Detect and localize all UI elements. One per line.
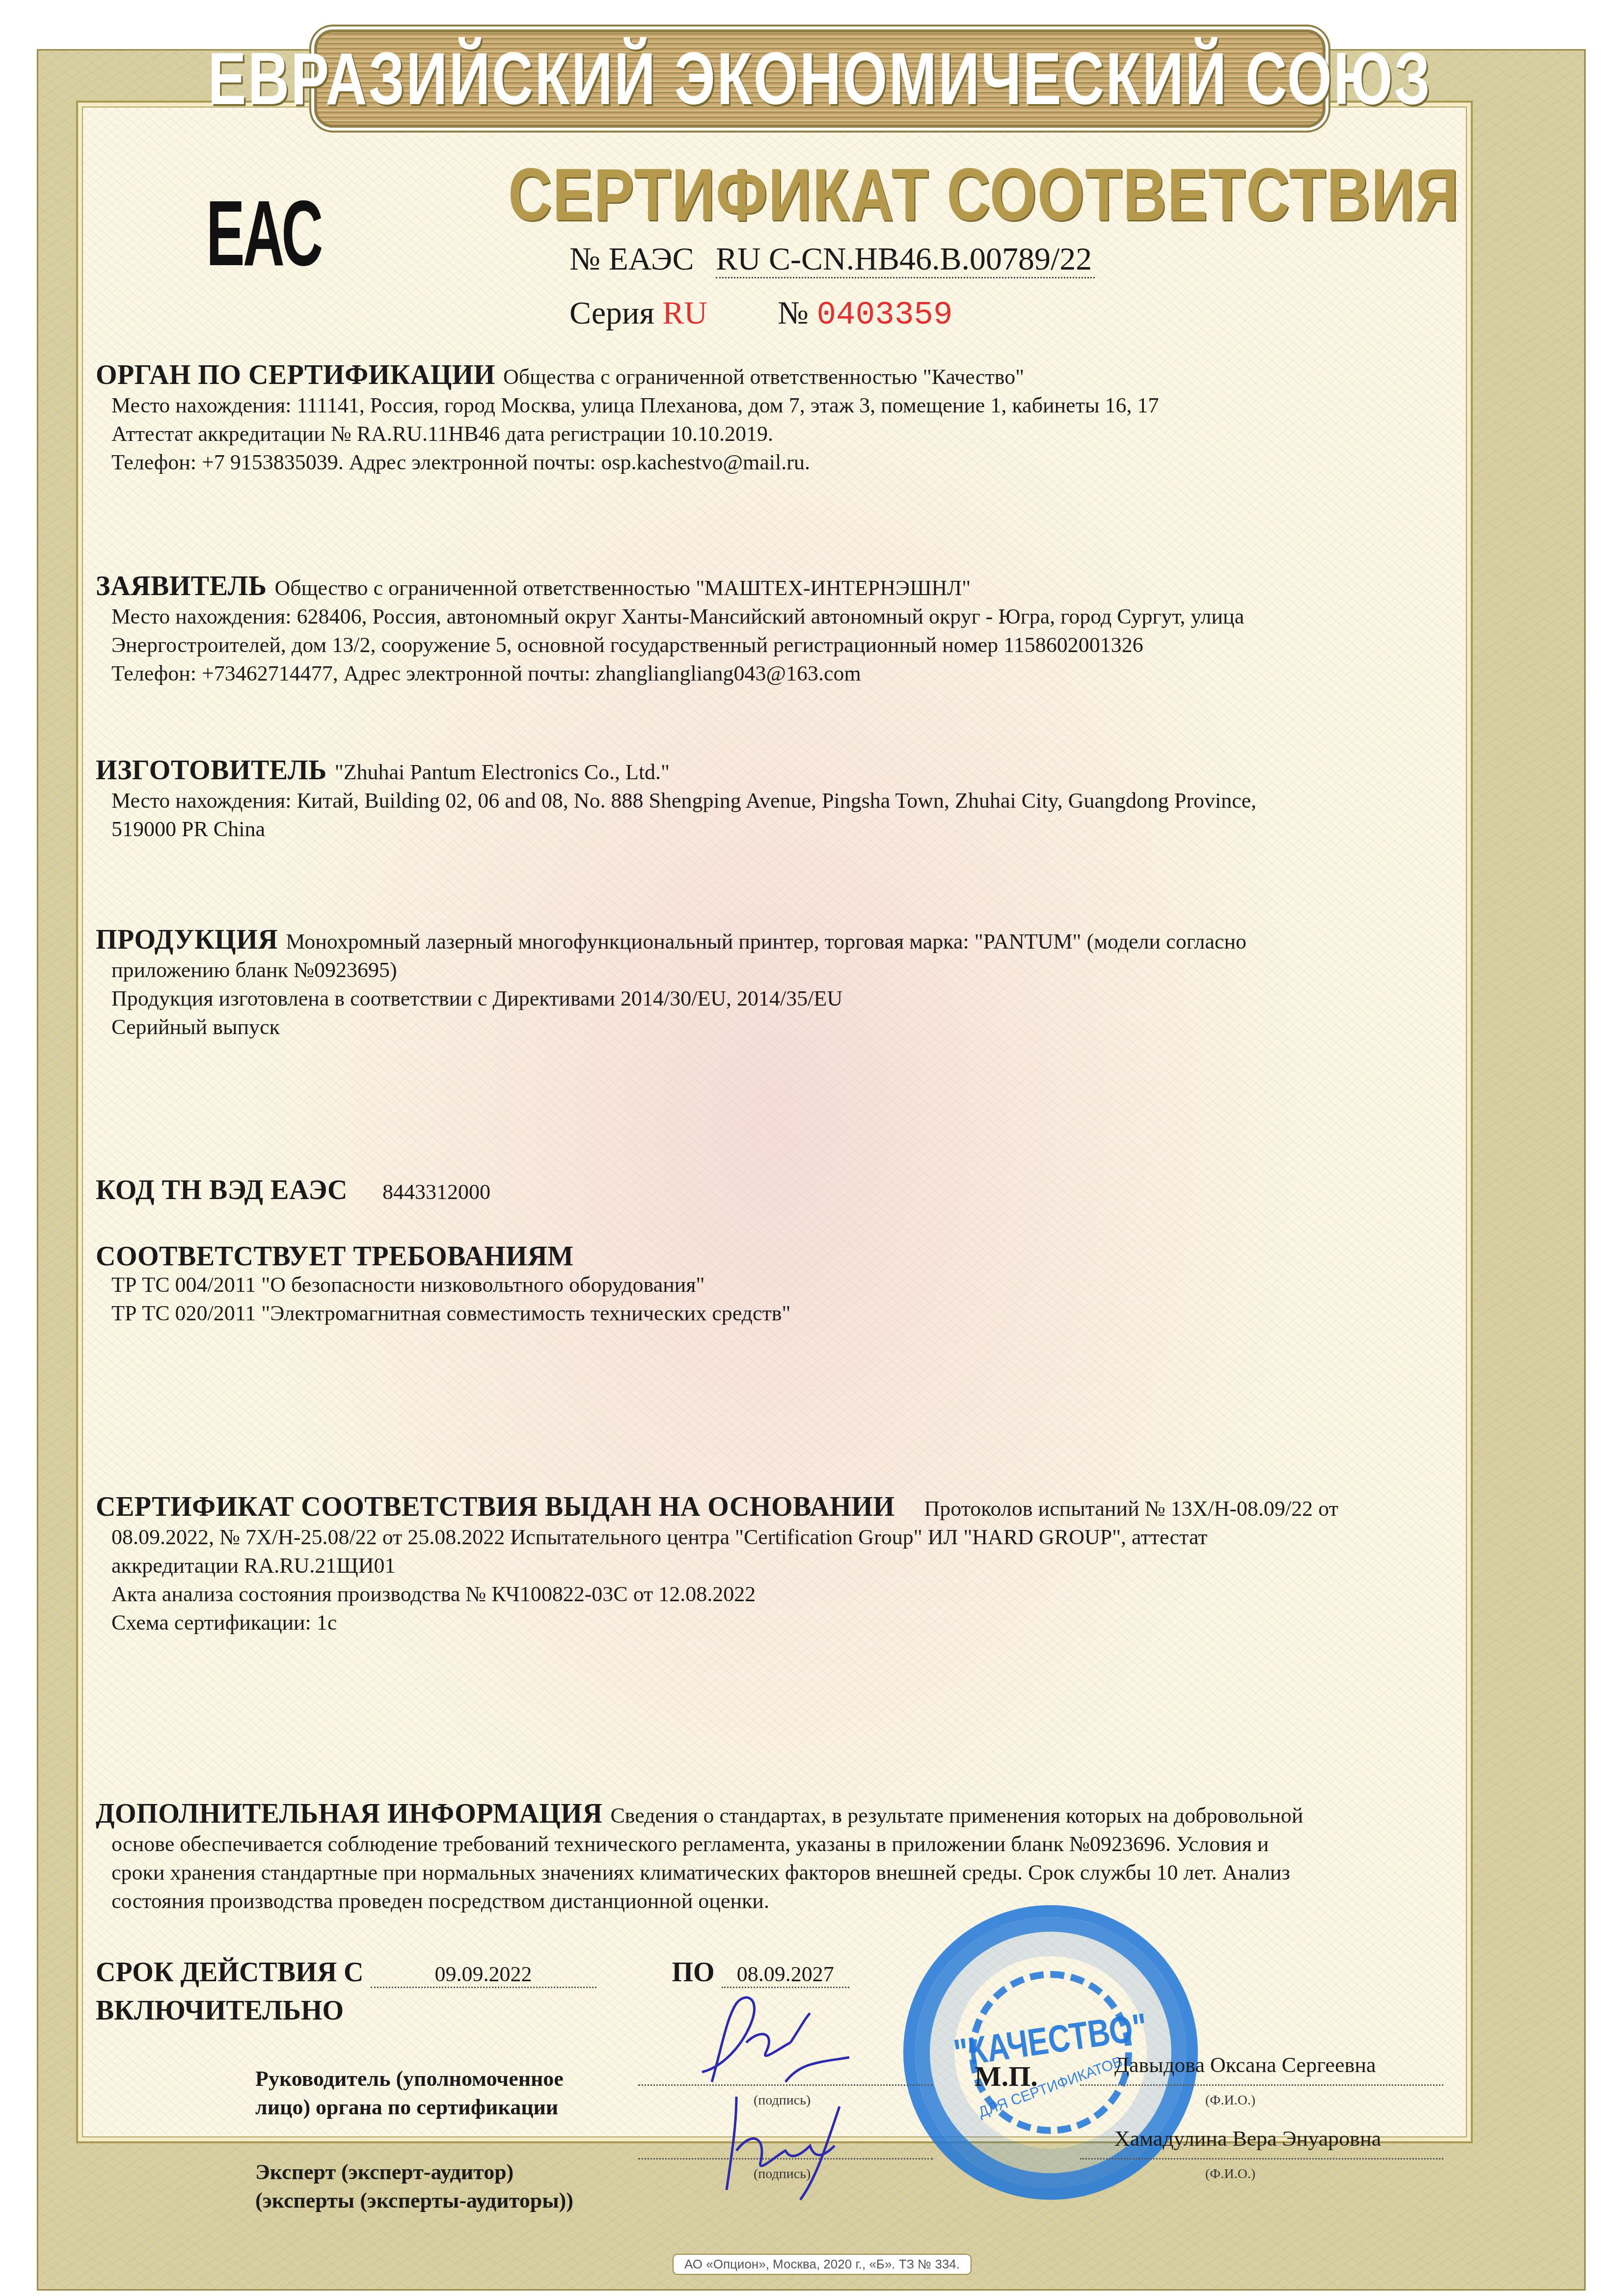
validity-to-date: 08.09.2027: [722, 1962, 849, 1988]
hs-code-section: КОД ТН ВЭД ЕАЭС 8443312000: [96, 1176, 1529, 1206]
expert-name-line: [1080, 2158, 1443, 2159]
requirements-section: СООТВЕТСТВУЕТ ТРЕБОВАНИЯМ ТР ТС 004/2011…: [96, 1242, 1529, 1328]
validity-to-label: ПО: [672, 1957, 715, 1988]
basis-section: СЕРТИФИКАТ СООТВЕТСТВИЯ ВЫДАН НА ОСНОВАН…: [96, 1493, 1529, 1637]
basis-heading: СЕРТИФИКАТ СООТВЕТСТВИЯ ВЫДАН НА ОСНОВАН…: [96, 1492, 894, 1522]
additional-info-line-3: состояния производства проведен посредст…: [96, 1887, 1529, 1915]
registration-number-line: № ЕАЭС RU C-CN.НВ46.В.00789/22: [569, 241, 1095, 278]
union-title: ЕВРАЗИЙСКИЙ ЭКОНОМИЧЕСКИЙ СОЮЗ: [208, 36, 1432, 121]
basis-lead: Протоколов испытаний № 13Х/Н-08.09/22 от: [924, 1497, 1338, 1521]
eac-logo-icon: ЕАС: [206, 199, 266, 268]
certification-body-accreditation: Аттестат аккредитации № RA.RU.11НВ46 дат…: [96, 420, 1529, 448]
certification-body-name: Общества с ограниченной ответственностью…: [503, 365, 1024, 389]
product-section: ПРОДУКЦИЯМонохромный лазерный многофункц…: [96, 926, 1529, 1041]
certificate-title: СЕРТИФИКАТ СООТВЕТСТВИЯ: [508, 152, 1112, 237]
blank-number-label: №: [778, 295, 809, 331]
basis-line-4: Схема сертификации: 1с: [96, 1609, 1529, 1637]
head-name-line: [1080, 2084, 1443, 2086]
basis-line-3: Акта анализа состояния производства № КЧ…: [96, 1580, 1529, 1609]
product-line-1: приложению бланк №0923695): [96, 956, 1529, 984]
product-name: Монохромный лазерный многофункциональный…: [286, 929, 1246, 954]
printer-mark: АО «Опцион», Москва, 2020 г., «Б». ТЗ № …: [673, 2254, 972, 2275]
basis-line-2: аккредитации RA.RU.21ЩИ01: [96, 1552, 1529, 1580]
registration-number: RU C-CN.НВ46.В.00789/22: [716, 241, 1095, 278]
manufacturer-name: "Zhuhai Pantum Electronics Co., Ltd.": [335, 760, 670, 784]
manufacturer-address-2: 519000 PR China: [96, 815, 1529, 844]
validity-from-label: СРОК ДЕЙСТВИЯ С: [96, 1957, 364, 1988]
requirement-item: ТР ТС 004/2011 "О безопасности низковоль…: [96, 1271, 1529, 1299]
certification-body-address: Место нахождения: 111141, Россия, город …: [96, 391, 1529, 420]
additional-info-lead: Сведения о стандартах, в результате прим…: [610, 1804, 1303, 1828]
additional-info-heading: ДОПОЛНИТЕЛЬНАЯ ИНФОРМАЦИЯ: [96, 1799, 602, 1829]
expert-name-caption: (Ф.И.О.): [1205, 2166, 1255, 2182]
product-line-3: Серийный выпуск: [96, 1013, 1529, 1041]
hs-code-value: 8443312000: [382, 1180, 490, 1204]
additional-info-line-1: основе обеспечивается соблюдение требова…: [96, 1830, 1529, 1859]
expert-name: Хамадулина Вера Энуаровна: [1114, 2126, 1381, 2151]
validity-from-date: 09.09.2022: [371, 1962, 596, 1988]
additional-info-section: ДОПОЛНИТЕЛЬНАЯ ИНФОРМАЦИЯСведения о стан…: [96, 1800, 1529, 1915]
manufacturer-heading: ИЗГОТОВИТЕЛЬ: [96, 755, 327, 786]
seal-place-label: М.П.: [974, 2060, 1038, 2093]
basis-line-1: 08.09.2022, № 7Х/Н-25.08/22 от 25.08.202…: [96, 1523, 1529, 1552]
applicant-contacts: Телефон: +73462714477, Адрес электронной…: [96, 659, 1529, 688]
head-name: Давыдова Оксана Сергеевна: [1114, 2052, 1376, 2077]
hs-code-heading: КОД ТН ВЭД ЕАЭС: [96, 1175, 348, 1205]
manufacturer-section: ИЗГОТОВИТЕЛЬ"Zhuhai Pantum Electronics C…: [96, 756, 1529, 844]
requirement-item: ТР ТС 020/2011 "Электромагнитная совмест…: [96, 1299, 1529, 1328]
applicant-heading: ЗАЯВИТЕЛЬ: [96, 571, 267, 601]
series-label: Серия: [569, 295, 654, 331]
applicant-name: Общество с ограниченной ответственностью…: [275, 576, 971, 600]
blank-number-value: 0403359: [816, 297, 952, 333]
requirements-heading: СООТВЕТСТВУЕТ ТРЕБОВАНИЯМ: [96, 1242, 1529, 1271]
product-heading: ПРОДУКЦИЯ: [96, 925, 278, 955]
certification-body-heading: ОРГАН ПО СЕРТИФИКАЦИИ: [96, 360, 495, 390]
applicant-section: ЗАЯВИТЕЛЬОбщество с ограниченной ответст…: [96, 572, 1529, 688]
manufacturer-address-1: Место нахождения: Китай, Building 02, 06…: [96, 787, 1529, 815]
applicant-address-2: Энергостроителей, дом 13/2, сооружение 5…: [96, 631, 1529, 659]
applicant-address-1: Место нахождения: 628406, Россия, автоно…: [96, 602, 1529, 631]
certification-body-contacts: Телефон: +7 9153835039. Адрес электронно…: [96, 448, 1529, 477]
expert-signature-icon: [707, 2077, 869, 2205]
additional-info-line-2: сроки хранения стандартные при нормальны…: [96, 1859, 1529, 1887]
certification-body-section: ОРГАН ПО СЕРТИФИКАЦИИОбщества с ограниче…: [96, 361, 1529, 477]
registration-label: № ЕАЭС: [569, 241, 694, 277]
series-value: RU: [662, 295, 707, 331]
product-line-2: Продукция изготовлена в соответствии с Д…: [96, 984, 1529, 1013]
union-banner: ЕВРАЗИЙСКИЙ ЭКОНОМИЧЕСКИЙ СОЮЗ: [314, 29, 1325, 128]
head-name-caption: (Ф.И.О.): [1205, 2093, 1255, 2108]
series-line: Серия RU № 0403359: [569, 295, 953, 333]
